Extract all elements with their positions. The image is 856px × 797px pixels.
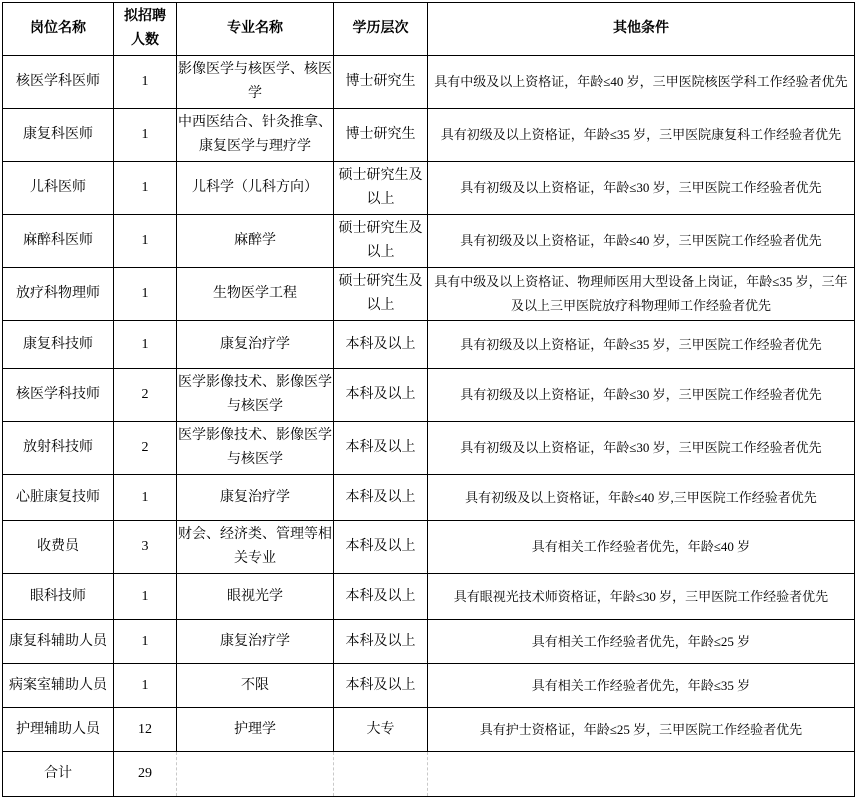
count-cell: 1: [114, 268, 177, 321]
count-cell: 3: [114, 521, 177, 574]
count-cell: 1: [114, 109, 177, 162]
table-row: 眼科技师 1 眼视光学 本科及以上 具有眼视光技术师资格证，年龄≤30 岁，三甲…: [3, 574, 855, 620]
position-cell: 心脏康复技师: [3, 475, 114, 521]
position-cell: 康复科医师: [3, 109, 114, 162]
conditions-cell: 具有初级及以上资格证，年龄≤40 岁,三甲医院工作经验者优先: [428, 475, 855, 521]
major-cell: 中西医结合、针灸推拿、康复医学与理疗学: [177, 109, 334, 162]
table-row: 康复科医师 1 中西医结合、针灸推拿、康复医学与理疗学 博士研究生 具有初级及以…: [3, 109, 855, 162]
major-cell: 康复治疗学: [177, 321, 334, 369]
count-cell: 2: [114, 369, 177, 422]
table-row: 病案室辅助人员 1 不限 本科及以上 具有相关工作经验者优先，年龄≤35 岁: [3, 664, 855, 708]
header-degree: 学历层次: [334, 3, 428, 56]
major-cell: 眼视光学: [177, 574, 334, 620]
position-cell: 收费员: [3, 521, 114, 574]
position-cell: 康复科辅助人员: [3, 620, 114, 664]
degree-cell: 本科及以上: [334, 664, 428, 708]
conditions-cell: 具有相关工作经验者优先，年龄≤40 岁: [428, 521, 855, 574]
conditions-cell: 具有中级及以上资格证、物理师医用大型设备上岗证，年龄≤35 岁，三年及以上三甲医…: [428, 268, 855, 321]
total-label: 合计: [3, 752, 114, 797]
major-cell: 医学影像技术、影像医学与核医学: [177, 422, 334, 475]
total-row: 合计 29: [3, 752, 855, 797]
count-cell: 1: [114, 321, 177, 369]
major-cell: 生物医学工程: [177, 268, 334, 321]
count-cell: 1: [114, 574, 177, 620]
major-cell: 影像医学与核医学、核医学: [177, 56, 334, 109]
position-cell: 眼科技师: [3, 574, 114, 620]
table-row: 儿科医师 1 儿科学（儿科方向） 硕士研究生及以上 具有初级及以上资格证，年龄≤…: [3, 162, 855, 215]
major-cell: 康复治疗学: [177, 620, 334, 664]
header-row: 岗位名称 拟招聘人数 专业名称 学历层次 其他条件: [3, 3, 855, 56]
degree-cell: 硕士研究生及以上: [334, 268, 428, 321]
count-cell: 1: [114, 620, 177, 664]
position-cell: 核医学科医师: [3, 56, 114, 109]
conditions-cell: 具有初级及以上资格证，年龄≤30 岁，三甲医院工作经验者优先: [428, 162, 855, 215]
degree-cell: 本科及以上: [334, 321, 428, 369]
header-count: 拟招聘人数: [114, 3, 177, 56]
degree-cell: 本科及以上: [334, 574, 428, 620]
degree-cell: 本科及以上: [334, 521, 428, 574]
degree-cell: 硕士研究生及以上: [334, 215, 428, 268]
total-empty-major-cell: [177, 752, 334, 797]
table-row: 康复科技师 1 康复治疗学 本科及以上 具有初级及以上资格证，年龄≤35 岁，三…: [3, 321, 855, 369]
conditions-cell: 具有相关工作经验者优先，年龄≤25 岁: [428, 620, 855, 664]
degree-cell: 本科及以上: [334, 369, 428, 422]
conditions-cell: 具有护士资格证，年龄≤25 岁，三甲医院工作经验者优先: [428, 708, 855, 752]
total-empty-degree-cell: [334, 752, 428, 797]
recruitment-table: 岗位名称 拟招聘人数 专业名称 学历层次 其他条件 核医学科医师 1 影像医学与…: [2, 2, 855, 797]
table-row: 康复科辅助人员 1 康复治疗学 本科及以上 具有相关工作经验者优先，年龄≤25 …: [3, 620, 855, 664]
major-cell: 护理学: [177, 708, 334, 752]
table-row: 核医学科技师 2 医学影像技术、影像医学与核医学 本科及以上 具有初级及以上资格…: [3, 369, 855, 422]
count-cell: 1: [114, 475, 177, 521]
total-empty-conditions-cell: [428, 752, 855, 797]
count-cell: 12: [114, 708, 177, 752]
degree-cell: 博士研究生: [334, 56, 428, 109]
position-cell: 麻醉科医师: [3, 215, 114, 268]
degree-cell: 本科及以上: [334, 620, 428, 664]
count-cell: 1: [114, 215, 177, 268]
header-major: 专业名称: [177, 3, 334, 56]
conditions-cell: 具有眼视光技术师资格证，年龄≤30 岁，三甲医院工作经验者优先: [428, 574, 855, 620]
table-row: 心脏康复技师 1 康复治疗学 本科及以上 具有初级及以上资格证，年龄≤40 岁,…: [3, 475, 855, 521]
position-cell: 放疗科物理师: [3, 268, 114, 321]
degree-cell: 大专: [334, 708, 428, 752]
conditions-cell: 具有相关工作经验者优先，年龄≤35 岁: [428, 664, 855, 708]
position-cell: 病案室辅助人员: [3, 664, 114, 708]
count-cell: 1: [114, 162, 177, 215]
position-cell: 康复科技师: [3, 321, 114, 369]
conditions-cell: 具有初级及以上资格证，年龄≤35 岁，三甲医院康复科工作经验者优先: [428, 109, 855, 162]
degree-cell: 硕士研究生及以上: [334, 162, 428, 215]
page: 岗位名称 拟招聘人数 专业名称 学历层次 其他条件 核医学科医师 1 影像医学与…: [0, 0, 856, 759]
position-cell: 护理辅助人员: [3, 708, 114, 752]
position-cell: 核医学科技师: [3, 369, 114, 422]
conditions-cell: 具有初级及以上资格证，年龄≤30 岁，三甲医院工作经验者优先: [428, 369, 855, 422]
major-cell: 财会、经济类、管理等相关专业: [177, 521, 334, 574]
count-cell: 1: [114, 664, 177, 708]
position-cell: 放射科技师: [3, 422, 114, 475]
major-cell: 不限: [177, 664, 334, 708]
table-row: 放疗科物理师 1 生物医学工程 硕士研究生及以上 具有中级及以上资格证、物理师医…: [3, 268, 855, 321]
conditions-cell: 具有初级及以上资格证，年龄≤40 岁，三甲医院工作经验者优先: [428, 215, 855, 268]
conditions-cell: 具有中级及以上资格证，年龄≤40 岁，三甲医院核医学科工作经验者优先: [428, 56, 855, 109]
degree-cell: 本科及以上: [334, 475, 428, 521]
header-conditions: 其他条件: [428, 3, 855, 56]
table-row: 麻醉科医师 1 麻醉学 硕士研究生及以上 具有初级及以上资格证，年龄≤40 岁，…: [3, 215, 855, 268]
table-row: 护理辅助人员 12 护理学 大专 具有护士资格证，年龄≤25 岁，三甲医院工作经…: [3, 708, 855, 752]
major-cell: 儿科学（儿科方向）: [177, 162, 334, 215]
total-count: 29: [114, 752, 177, 797]
conditions-cell: 具有初级及以上资格证，年龄≤30 岁，三甲医院工作经验者优先: [428, 422, 855, 475]
table-row: 核医学科医师 1 影像医学与核医学、核医学 博士研究生 具有中级及以上资格证，年…: [3, 56, 855, 109]
major-cell: 医学影像技术、影像医学与核医学: [177, 369, 334, 422]
count-cell: 2: [114, 422, 177, 475]
table-row: 收费员 3 财会、经济类、管理等相关专业 本科及以上 具有相关工作经验者优先，年…: [3, 521, 855, 574]
position-cell: 儿科医师: [3, 162, 114, 215]
major-cell: 康复治疗学: [177, 475, 334, 521]
count-cell: 1: [114, 56, 177, 109]
major-cell: 麻醉学: [177, 215, 334, 268]
header-position: 岗位名称: [3, 3, 114, 56]
table-row: 放射科技师 2 医学影像技术、影像医学与核医学 本科及以上 具有初级及以上资格证…: [3, 422, 855, 475]
conditions-cell: 具有初级及以上资格证，年龄≤35 岁，三甲医院工作经验者优先: [428, 321, 855, 369]
degree-cell: 本科及以上: [334, 422, 428, 475]
degree-cell: 博士研究生: [334, 109, 428, 162]
